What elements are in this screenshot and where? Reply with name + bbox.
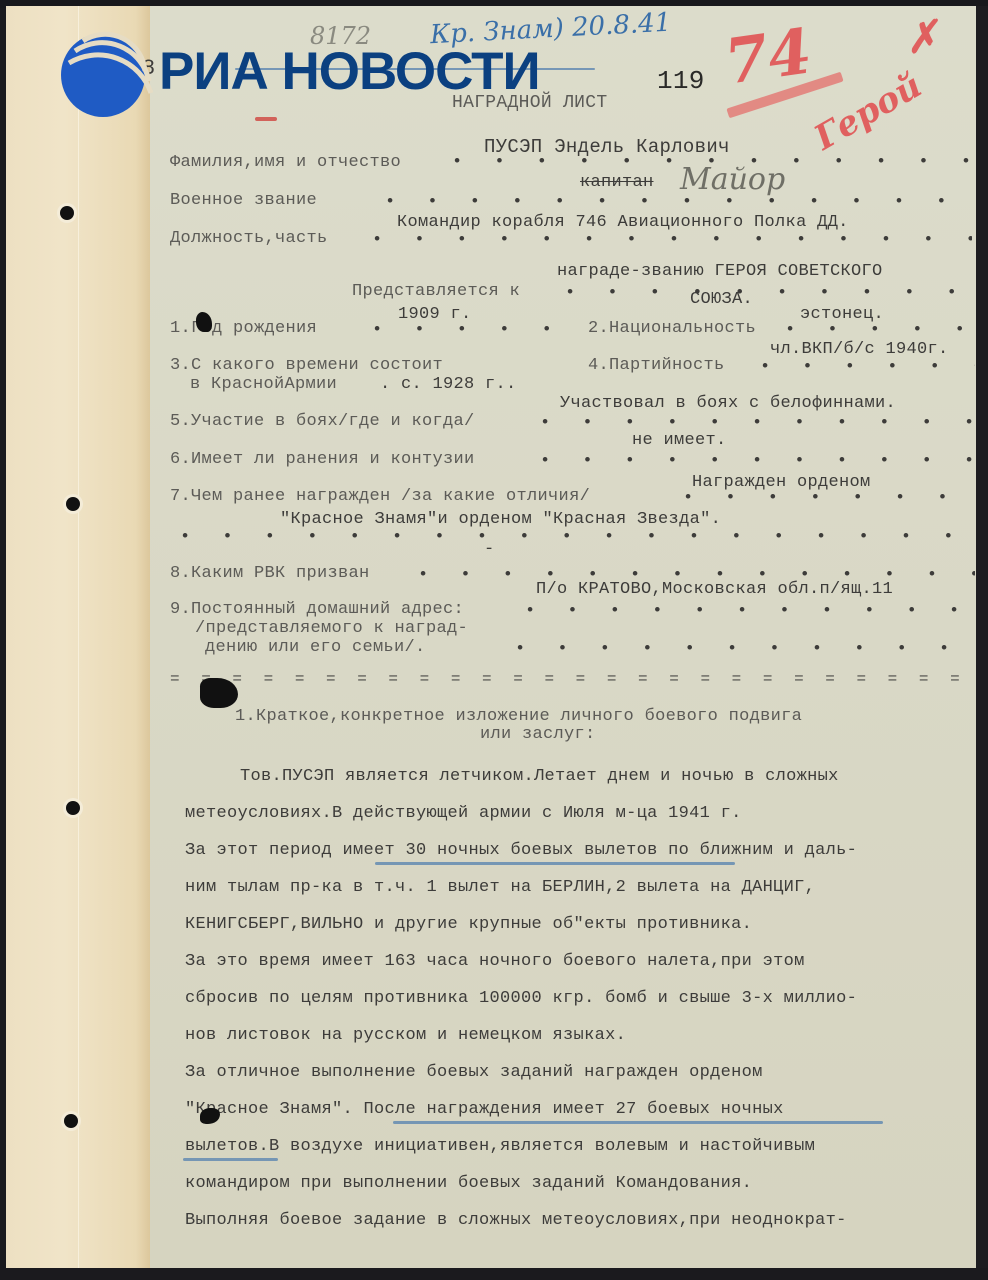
rank-value-struck: капитан <box>580 173 654 192</box>
dotted-leader: • • • • • • • • • • • • • • • • • • • • … <box>525 602 975 621</box>
rank-label: Военное звание <box>170 191 317 210</box>
party-value: чл.ВКП/б/с 1940г. <box>770 340 949 359</box>
body-line: вылетов.В воздухе инициативен,является в… <box>185 1137 815 1156</box>
rvk-label: 8.Каким РВК призван <box>170 564 370 583</box>
awards-value-line2: "Красное Знамя"и орденом "Красная Звезда… <box>280 510 721 529</box>
punch-hole <box>66 497 80 511</box>
wounds-value: не имеет. <box>632 431 727 450</box>
paper-damage <box>200 678 238 708</box>
position-label: Должность,часть <box>170 229 328 248</box>
body-line: ним тылам пр-ка в т.ч. 1 вылет на БЕРЛИН… <box>185 878 815 897</box>
punch-hole <box>66 801 80 815</box>
rvk-value: - <box>484 540 495 559</box>
rank-handwritten-major: Майор <box>680 162 785 197</box>
nominated-value-line2: СОЮЗА. <box>690 290 753 309</box>
wounds-label: 6.Имеет ли ранения и контузии <box>170 450 475 469</box>
body-line: Тов.ПУСЭП является летчиком.Летает днем … <box>240 767 839 786</box>
punch-hole <box>64 1114 78 1128</box>
blue-pencil-underline <box>183 1158 278 1161</box>
section-divider: = = = = = = = = = = = = = = = = = = = = … <box>170 670 975 688</box>
body-line: За это время имеет 163 часа ночного боев… <box>185 952 805 971</box>
blue-pencil-underline <box>375 862 735 865</box>
body-line: сбросив по целям противника 100000 кгр. … <box>185 989 857 1008</box>
position-value: Командир корабля 746 Авиационного Полка … <box>397 213 849 232</box>
birth-year-label: 1.Год рождения <box>170 319 317 338</box>
body-line: КЕНИГСБЕРГ,ВИЛЬНО и другие крупные об"ек… <box>185 915 752 934</box>
ria-novosti-brand-text: РИА НОВОСТИ <box>159 45 540 98</box>
dotted-leader: • • • • • • • • • • • • • • • • • • • • … <box>540 452 975 471</box>
dotted-leader: • • • • • • • • • • • • • • • • • • • • … <box>565 284 975 303</box>
dotted-leader: • • • • • • • • • • • • • • • • • • • • … <box>385 193 975 212</box>
red-cross-mark-icon: ✗ <box>901 11 942 63</box>
awards-label: 7.Чем ранее награжден /за какие отличия/ <box>170 487 590 506</box>
nominated-label: Представляется к <box>352 282 520 301</box>
blue-pencil-underline <box>393 1121 883 1124</box>
dotted-leader: • • • • • • • • <box>785 321 975 340</box>
dotted-leader: • • • • • • • • • • • • • • • • • • • • … <box>180 528 975 547</box>
dotted-leader: • • • • • • • • • • • • • • • • • • • • … <box>540 414 975 433</box>
ria-globe-icon <box>53 25 153 117</box>
section-heading-line1: 1.Краткое,конкретное изложение личного б… <box>235 707 802 726</box>
strip-fold-line <box>78 6 79 1268</box>
body-line: За отличное выполнение боевых заданий на… <box>185 1063 763 1082</box>
document-title: НАГРАДНОЙ ЛИСТ <box>452 93 607 113</box>
dotted-leader: • • • • • • • • • • • • • • • • • • • • … <box>515 640 975 659</box>
scan-border-right <box>976 6 988 1280</box>
nominated-value-line1: награде-званию ГЕРОЯ СОВЕТСКОГО <box>557 262 883 281</box>
address-label-line1: 9.Постоянный домашний адрес: <box>170 600 464 619</box>
punch-hole <box>60 206 74 220</box>
party-label: 4.Партийность <box>588 356 725 375</box>
dotted-leader: • • • • • • • <box>372 321 552 340</box>
body-line: За этот период имеет 30 ночных боевых вы… <box>185 841 857 860</box>
address-value: П/о КРАТОВО,Московская обл.п/ящ.11 <box>536 580 893 599</box>
scan-border-bottom <box>0 1268 988 1280</box>
service-label-line1: 3.С какого времени состоит <box>170 356 443 375</box>
binding-strip <box>6 6 151 1268</box>
dotted-leader: • • • • • • • • • <box>760 358 975 377</box>
dotted-leader: • • • • • • • • • • • • • • • • • • • • … <box>372 231 972 250</box>
body-line: командиром при выполнении боевых заданий… <box>185 1174 752 1193</box>
red-dash-mark <box>255 117 277 121</box>
combat-label: 5.Участие в боях/где и когда/ <box>170 412 475 431</box>
dotted-leader: • • • • • • • • • • • • • • • <box>683 489 973 508</box>
service-value: . с. 1928 г.. <box>380 375 517 394</box>
nationality-label: 2.Национальность <box>588 319 756 338</box>
body-line: Выполняя боевое задание в сложных метеоу… <box>185 1211 847 1230</box>
section-heading-line2: или заслуг: <box>480 725 596 744</box>
page-number: 119 <box>657 66 705 96</box>
body-line: метеоусловиях.В действующей армии с Июля… <box>185 804 742 823</box>
combat-value: Участвовал в боях с белофиннами. <box>560 394 896 413</box>
address-label-line3: дению или его семьи/. <box>205 638 426 657</box>
body-line: нов листовок на русском и немецком языка… <box>185 1026 626 1045</box>
service-label-line2: в КраснойАрмии <box>190 375 337 394</box>
body-line: "Красное Знамя". После награждения имеет… <box>185 1100 784 1119</box>
address-label-line2: /представляемого к наград- <box>195 619 468 638</box>
name-label: Фамилия,имя и отчество <box>170 153 401 172</box>
